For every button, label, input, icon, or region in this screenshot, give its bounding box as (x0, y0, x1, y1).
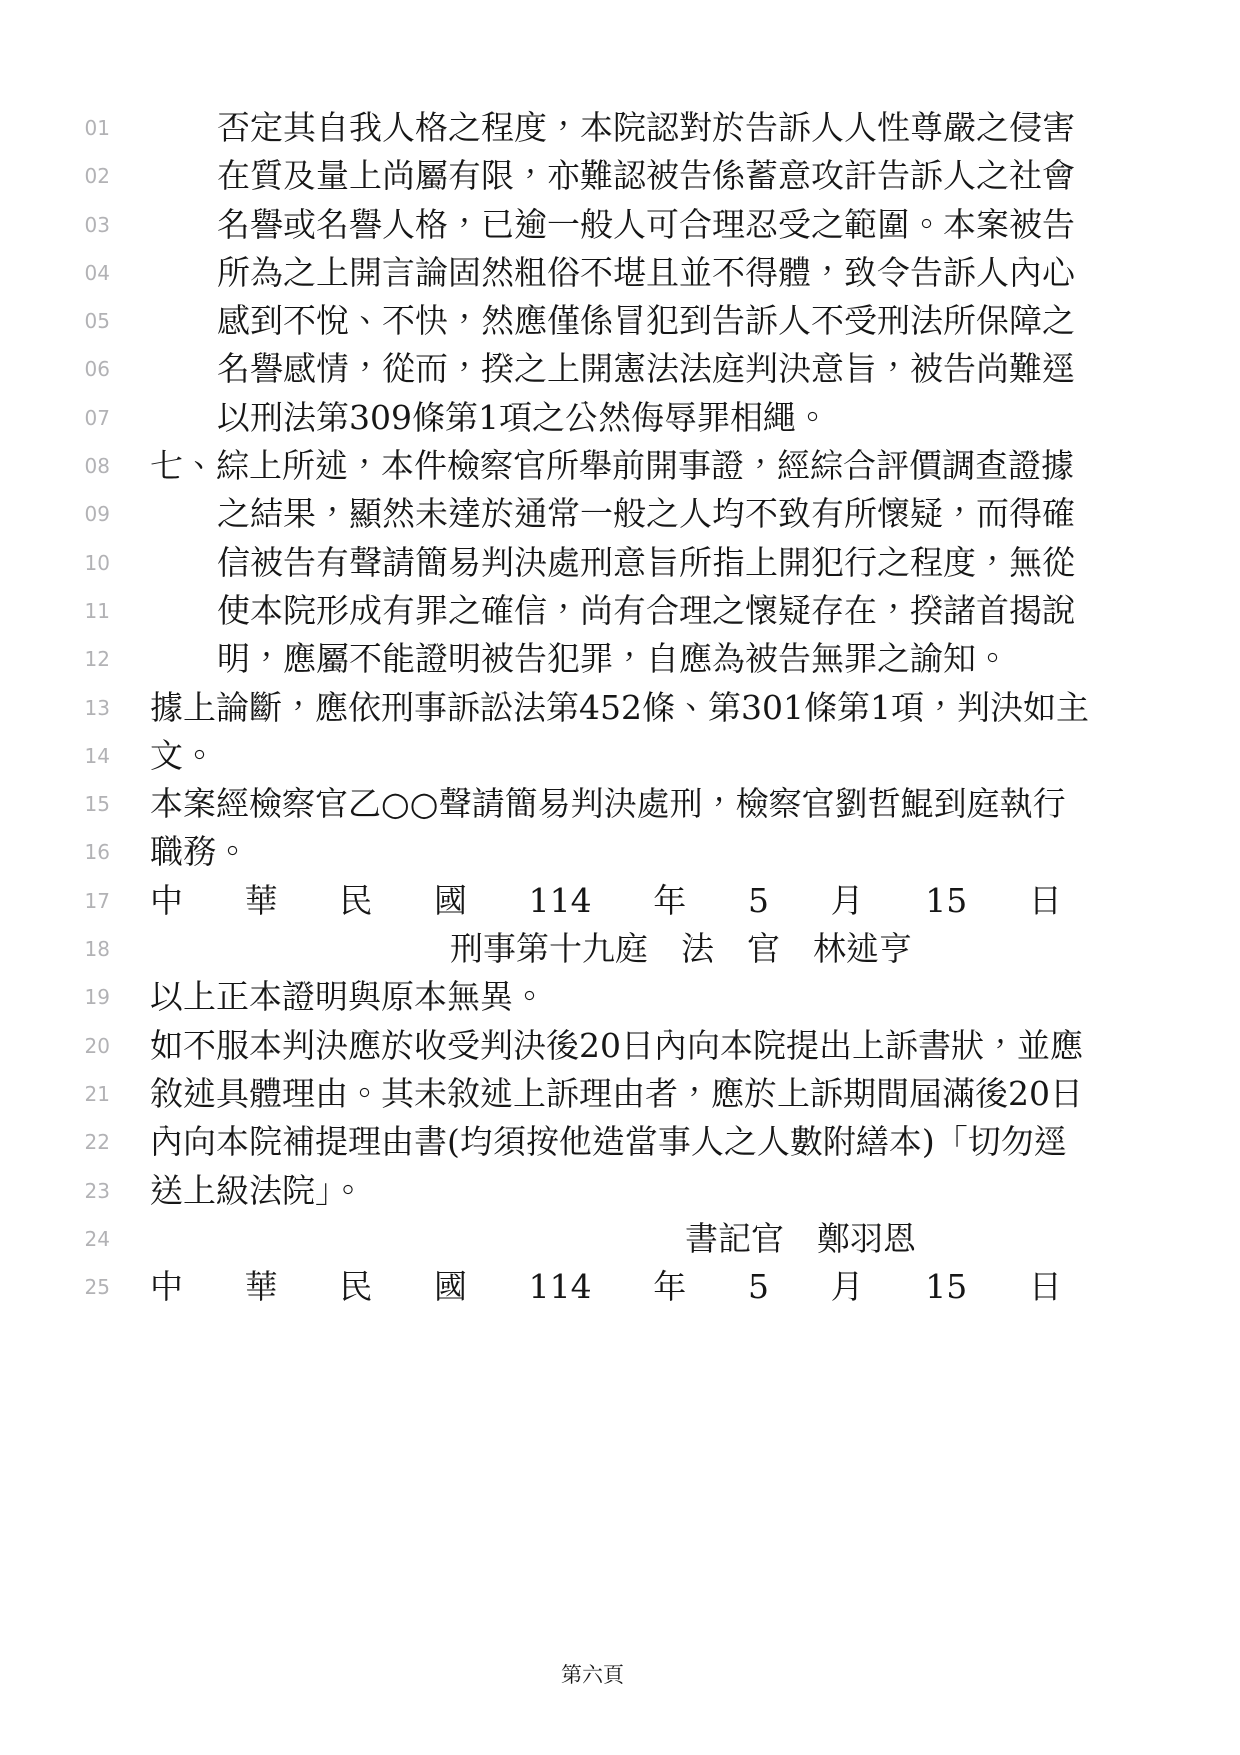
date-segment: 國 (434, 1263, 467, 1311)
date-segment: 民 (339, 1263, 372, 1311)
line-number: 16 (0, 828, 110, 876)
document-line: 02 在質及量上尚屬有限，亦難認被告係蓄意攻訐告訴人之社會 (0, 152, 1240, 200)
date-segment: 華 (245, 877, 278, 925)
document-line: 20 如不服本判決應於收受判決後20日內向本院提出上訴書狀，並應 (0, 1022, 1240, 1070)
date-segment: 日 (1029, 1263, 1062, 1311)
document-line: 06 名譽感情，從而，揆之上開憲法法庭判決意旨，被告尚難逕 (0, 345, 1240, 393)
date-segment: 中 (150, 877, 183, 925)
date-segment: 中 (150, 1263, 183, 1311)
line-number: 03 (0, 201, 110, 249)
line-text: 內向本院補提理由書(均須按他造當事人之人數附繕本)「切勿逕 (150, 1118, 1067, 1166)
document-line: 15 本案經檢察官乙○○聲請簡易判決處刑，檢察官劉哲鯤到庭執行 (0, 780, 1240, 828)
line-number: 14 (0, 732, 110, 780)
line-text: 否定其自我人格之程度，本院認對於告訴人人性尊嚴之侵害 (217, 104, 1075, 152)
date-segment: 年 (653, 1263, 686, 1311)
line-number: 17 (0, 877, 110, 925)
line-number: 25 (0, 1263, 110, 1311)
line-number: 04 (0, 249, 110, 297)
line-number: 12 (0, 635, 110, 683)
line-number: 07 (0, 394, 110, 442)
date-segment: 月 (831, 877, 864, 925)
document-line: 01 否定其自我人格之程度，本院認對於告訴人人性尊嚴之侵害 (0, 104, 1240, 152)
date-segment: 民 (339, 877, 372, 925)
line-text: 如不服本判決應於收受判決後20日內向本院提出上訴書狀，並應 (150, 1022, 1083, 1070)
line-number: 09 (0, 490, 110, 538)
line-number: 20 (0, 1022, 110, 1070)
line-text: 之結果，顯然未達於通常一般之人均不致有所懷疑，而得確 (217, 490, 1075, 538)
date-segment: 華 (245, 1263, 278, 1311)
document-line: 18 刑事第十九庭 法 官 林述亨 (0, 925, 1240, 973)
line-text: 書記官 鄭羽恩 (685, 1215, 916, 1263)
document-line: 04 所為之上開言論固然粗俗不堪且並不得體，致令告訴人內心 (0, 249, 1240, 297)
date-segment: 日 (1029, 877, 1062, 925)
line-text: 據上論斷，應依刑事訴訟法第452條、第301條第1項，判決如主 (150, 684, 1089, 732)
line-number: 24 (0, 1215, 110, 1263)
line-number: 08 (0, 442, 110, 490)
document-line: 19 以上正本證明與原本無異。 (0, 973, 1240, 1021)
document-line: 14 文。 (0, 732, 1240, 780)
date-segment: 國 (434, 877, 467, 925)
line-number: 23 (0, 1167, 110, 1215)
line-text: 七、綜上所述，本件檢察官所舉前開事證，經綜合評價調查證據 (150, 442, 1074, 490)
line-text: 以刑法第309條第1項之公然侮辱罪相繩。 (217, 394, 829, 442)
document-line: 11 使本院形成有罪之確信，尚有合理之懷疑存在，揆諸首揭說 (0, 587, 1240, 635)
document-body: 01 否定其自我人格之程度，本院認對於告訴人人性尊嚴之侵害 02 在質及量上尚屬… (0, 104, 1240, 1311)
document-line: 05 感到不悅、不快，然應僅係冒犯到告訴人不受刑法所保障之 (0, 297, 1240, 345)
line-number: 22 (0, 1118, 110, 1166)
line-text: 使本院形成有罪之確信，尚有合理之懷疑存在，揆諸首揭說 (217, 587, 1075, 635)
line-number: 01 (0, 104, 110, 152)
line-text: 中華民國114年5月15日 (150, 1263, 1062, 1311)
line-number: 13 (0, 684, 110, 732)
document-page: 01 否定其自我人格之程度，本院認對於告訴人人性尊嚴之侵害 02 在質及量上尚屬… (0, 0, 1240, 1755)
line-number: 05 (0, 297, 110, 345)
line-text: 送上級法院」。 (150, 1167, 365, 1215)
line-text: 所為之上開言論固然粗俗不堪且並不得體，致令告訴人內心 (217, 249, 1075, 297)
line-text: 在質及量上尚屬有限，亦難認被告係蓄意攻訐告訴人之社會 (217, 152, 1075, 200)
line-number: 11 (0, 587, 110, 635)
line-text: 本案經檢察官乙○○聲請簡易判決處刑，檢察官劉哲鯤到庭執行 (150, 780, 1066, 828)
document-line: 25 中華民國114年5月15日 (0, 1263, 1240, 1311)
document-line: 17 中華民國114年5月15日 (0, 877, 1240, 925)
line-number: 18 (0, 925, 110, 973)
document-line: 10 信被告有聲請簡易判決處刑意旨所指上開犯行之程度，無從 (0, 539, 1240, 587)
line-number: 15 (0, 780, 110, 828)
document-line: 16 職務。 (0, 828, 1240, 876)
line-number: 02 (0, 152, 110, 200)
line-text: 名譽或名譽人格，已逾一般人可合理忍受之範圍。本案被告 (217, 201, 1075, 249)
document-line: 12 明，應屬不能證明被告犯罪，自應為被告無罪之諭知。 (0, 635, 1240, 683)
document-line: 07 以刑法第309條第1項之公然侮辱罪相繩。 (0, 394, 1240, 442)
line-text: 文。 (150, 732, 216, 780)
line-text: 明，應屬不能證明被告犯罪，自應為被告無罪之諭知。 (217, 635, 1009, 683)
document-line: 23 送上級法院」。 (0, 1167, 1240, 1215)
document-line: 24 書記官 鄭羽恩 (0, 1215, 1240, 1263)
document-line: 09 之結果，顯然未達於通常一般之人均不致有所懷疑，而得確 (0, 490, 1240, 538)
date-segment: 114 (529, 1263, 592, 1311)
line-number: 19 (0, 973, 110, 1021)
date-segment: 15 (925, 1263, 967, 1311)
date-segment: 5 (748, 877, 769, 925)
date-segment: 月 (831, 1263, 864, 1311)
date-segment: 114 (529, 877, 592, 925)
line-text: 以上正本證明與原本無異。 (150, 973, 546, 1021)
date-segment: 5 (748, 1263, 769, 1311)
line-text: 職務。 (150, 828, 249, 876)
line-text: 中華民國114年5月15日 (150, 877, 1062, 925)
document-line: 08 七、綜上所述，本件檢察官所舉前開事證，經綜合評價調查證據 (0, 442, 1240, 490)
page-footer: 第六頁 (0, 1660, 1185, 1690)
document-line: 03 名譽或名譽人格，已逾一般人可合理忍受之範圍。本案被告 (0, 201, 1240, 249)
date-segment: 年 (653, 877, 686, 925)
line-number: 21 (0, 1070, 110, 1118)
line-number: 10 (0, 539, 110, 587)
line-text: 感到不悅、不快，然應僅係冒犯到告訴人不受刑法所保障之 (217, 297, 1075, 345)
line-text: 敘述具體理由。其未敘述上訴理由者，應於上訴期間屆滿後20日 (150, 1070, 1083, 1118)
line-text: 信被告有聲請簡易判決處刑意旨所指上開犯行之程度，無從 (217, 539, 1075, 587)
document-line: 13 據上論斷，應依刑事訴訟法第452條、第301條第1項，判決如主 (0, 684, 1240, 732)
line-text: 名譽感情，從而，揆之上開憲法法庭判決意旨，被告尚難逕 (217, 345, 1075, 393)
document-line: 22 內向本院補提理由書(均須按他造當事人之人數附繕本)「切勿逕 (0, 1118, 1240, 1166)
line-number: 06 (0, 345, 110, 393)
document-line: 21 敘述具體理由。其未敘述上訴理由者，應於上訴期間屆滿後20日 (0, 1070, 1240, 1118)
line-text: 刑事第十九庭 法 官 林述亨 (450, 925, 912, 973)
date-segment: 15 (925, 877, 967, 925)
